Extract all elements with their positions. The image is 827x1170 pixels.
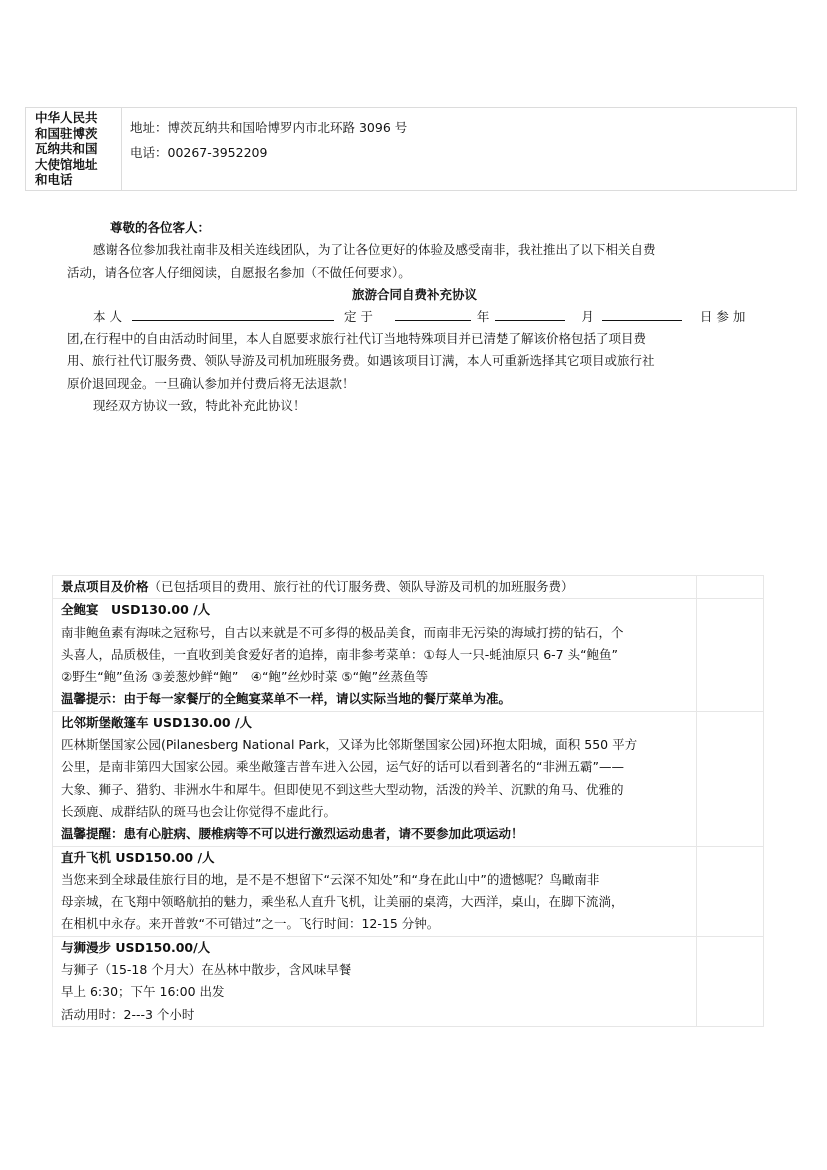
table-header-cell: 景点项目及价格（已包括项目的费用、旅行社的代订服务费、领队导游及司机的加班服务费… [53,576,697,599]
activity-tip: 温馨提醒：患有心脏病、腰椎病等不可以进行激烈运动患者，请不要参加此项运动！ [61,823,696,845]
month-label: 月 [581,309,594,324]
activity-cell-abalone: 全鲍宴 USD130.00 /人 南非鲍鱼素有海味之冠称号，自古以来就是不可多得… [53,599,697,711]
activity-title: 比邻斯堡敞篷车 USD130.00 /人 [61,712,696,734]
embassy-label-line: 和国驻博茨 [35,126,121,142]
activity-title: 直升飞机 USD150.00 /人 [61,847,696,869]
name-blank[interactable] [132,306,334,321]
signup-cell[interactable] [697,599,764,711]
activity-desc-line: 活动用时：2---3 个小时 [61,1004,696,1026]
activity-desc-line: 头喜人，品质极佳，一直收到美食爱好者的追捧，南非参考菜单：①每人一只-蚝油原只 … [61,644,696,666]
embassy-label-line: 大使馆地址 [35,157,121,173]
activity-desc-line: 匹林斯堡国家公园(Pilanesberg National Park，又译为比邻… [61,734,696,756]
activity-cell-lion-walk: 与狮漫步 USD150.00/人 与狮子（15-18 个月大）在丛林中散步，含风… [53,936,697,1026]
embassy-info-table: 中华人民共 和国驻博茨 瓦纳共和国 大使馆地址 和电话 地址：博茨瓦纳共和国哈博… [25,107,797,191]
activity-desc-line: 南非鲍鱼素有海味之冠称号，自古以来就是不可多得的极品美食，而南非无污染的海域打捞… [61,622,696,644]
day-blank[interactable] [602,306,682,321]
activity-desc-line: 与狮子（15-18 个月大）在丛林中散步，含风味早餐 [61,959,696,981]
intro-line-2: 活动，请各位客人仔细阅读，自愿报名参加（不做任何要求）。 [67,262,411,284]
body-line-2: 用、旅行社代订服务费、领队导游及司机加班服务费。如遇该项目订满，本人可重新选择其… [67,350,655,372]
activities-table: 景点项目及价格（已包括项目的费用、旅行社的代订服务费、领队导游及司机的加班服务费… [52,575,764,1027]
activity-desc-line: 早上 6:30；下午 16:00 出发 [61,981,696,1003]
table-header-row: 景点项目及价格（已包括项目的费用、旅行社的代订服务费、领队导游及司机的加班服务费… [53,576,764,599]
embassy-label-line: 瓦纳共和国 [35,141,121,157]
activity-desc-line: 母亲城，在飞翔中领略航拍的魅力，乘坐私人直升飞机，让美丽的桌湾，大西洋，桌山，在… [61,891,696,913]
person-label: 本 人 [93,309,122,324]
signup-cell[interactable] [697,711,764,846]
embassy-address: 地址：博茨瓦纳共和国哈博罗内市北环路 3096 号 [130,115,796,140]
signup-cell[interactable] [697,936,764,1026]
fill-in-line: 本 人 定 于 年 月 日 参 加 [93,306,745,328]
body-line-3: 原价退回现金。一旦确认参加并付费后将无法退款！ [67,373,355,395]
signup-cell[interactable] [697,846,764,936]
agreement-title: 旅游合同自费补充协议 [352,284,477,306]
closing-line: 现经双方协议一致，特此补充此协议！ [93,395,306,417]
embassy-phone: 电话：00267-3952209 [130,140,796,165]
year-blank[interactable] [395,306,471,321]
embassy-label-line: 和电话 [35,172,121,188]
activity-desc-line: 大象、狮子、猎豹、非洲水牛和犀牛。但即使见不到这些大型动物，活泼的羚羊、沉默的角… [61,779,696,801]
table-row: 与狮漫步 USD150.00/人 与狮子（15-18 个月大）在丛林中散步，含风… [53,936,764,1026]
activity-cell-safari: 比邻斯堡敞篷车 USD130.00 /人 匹林斯堡国家公园(Pilanesber… [53,711,697,846]
activity-desc-line: ②野生“鲍”鱼汤 ③姜葱炒鲜“鲍” ④“鲍”丝炒时菜 ⑤“鲍”丝蒸鱼等 [61,666,696,688]
on-date-label: 定 于 [344,309,373,324]
activity-tip: 温馨提示：由于每一家餐厅的全鲍宴菜单不一样，请以实际当地的餐厅菜单为准。 [61,688,696,710]
table-row: 全鲍宴 USD130.00 /人 南非鲍鱼素有海味之冠称号，自古以来就是不可多得… [53,599,764,711]
year-label: 年 [477,309,490,324]
activity-desc-line: 在相机中永存。来开普敦“不可错过”之一。飞行时间：12-15 分钟。 [61,913,696,935]
header-title: 景点项目及价格 [61,579,149,594]
embassy-label-cell: 中华人民共 和国驻博茨 瓦纳共和国 大使馆地址 和电话 [26,108,122,190]
activity-cell-helicopter: 直升飞机 USD150.00 /人 当您来到全球最佳旅行目的地，是不是不想留下“… [53,846,697,936]
signup-cell[interactable] [697,576,764,599]
day-join-label: 日 参 加 [700,309,745,324]
body-line-1: 团,在行程中的自由活动时间里，本人自愿要求旅行社代订当地特殊项目并已清楚了解该价… [67,328,646,350]
table-row: 直升飞机 USD150.00 /人 当您来到全球最佳旅行目的地，是不是不想留下“… [53,846,764,936]
month-blank[interactable] [495,306,565,321]
header-note: （已包括项目的费用、旅行社的代订服务费、领队导游及司机的加班服务费） [149,579,574,594]
embassy-contact-cell: 地址：博茨瓦纳共和国哈博罗内市北环路 3096 号 电话：00267-39522… [122,108,796,190]
activity-desc-line: 公里，是南非第四大国家公园。乘坐敞篷吉普车进入公园，运气好的话可以看到著名的“非… [61,756,696,778]
activity-title: 与狮漫步 USD150.00/人 [61,937,696,959]
activity-title: 全鲍宴 USD130.00 /人 [61,599,696,621]
table-row: 比邻斯堡敞篷车 USD130.00 /人 匹林斯堡国家公园(Pilanesber… [53,711,764,846]
embassy-label-line: 中华人民共 [35,110,121,126]
activity-desc-line: 当您来到全球最佳旅行目的地，是不是不想留下“云深不知处”和“身在此山中”的遗憾呢… [61,869,696,891]
intro-line-1: 感谢各位参加我社南非及相关连线团队，为了让各位更好的体验及感受南非，我社推出了以… [93,239,656,261]
greeting: 尊敬的各位客人： [110,217,210,239]
activity-desc-line: 长颈鹿、成群结队的斑马也会让你觉得不虚此行。 [61,801,696,823]
